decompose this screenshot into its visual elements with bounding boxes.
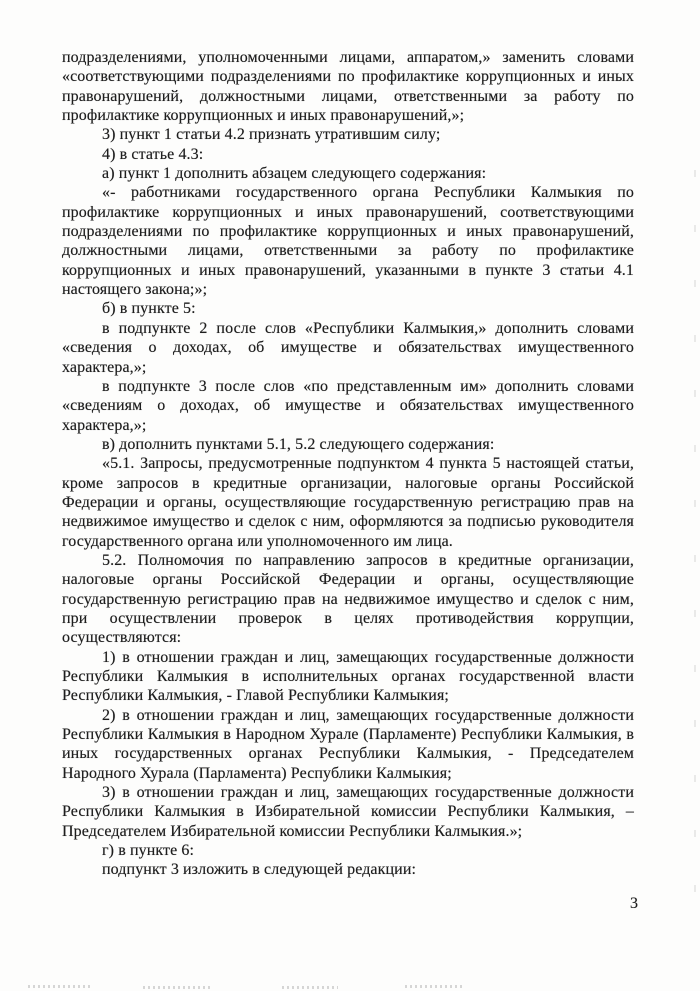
paragraph: подпункт 3 изложить в следующей редакции…	[62, 860, 634, 879]
scan-edge-artifact	[694, 170, 696, 901]
paragraph: в подпункте 3 после слов «по представлен…	[62, 377, 634, 435]
paragraph: б) в пункте 5:	[62, 299, 634, 318]
paragraph: г) в пункте 6:	[62, 841, 634, 860]
paragraph: подразделениями, уполномоченными лицами,…	[62, 48, 634, 125]
paragraph: а) пункт 1 дополнить абзацем следующего …	[62, 164, 634, 183]
page-number: 3	[630, 895, 638, 913]
paragraph: 1) в отношении граждан и лиц, замещающих…	[62, 648, 634, 706]
paragraph: 4) в статье 4.3:	[62, 145, 634, 164]
scan-artifact	[143, 986, 213, 989]
scan-artifact	[405, 985, 465, 988]
paragraph: 2) в отношении граждан и лиц, замещающих…	[62, 706, 634, 783]
paragraph: «5.1. Запросы, предусмотренные подпункто…	[62, 454, 634, 551]
scan-artifact	[282, 986, 338, 989]
document-body: подразделениями, уполномоченными лицами,…	[62, 48, 634, 880]
paragraph: 3) в отношении граждан и лиц, замещающих…	[62, 783, 634, 841]
scanned-document-page: подразделениями, уполномоченными лицами,…	[0, 0, 700, 991]
paragraph: 3) пункт 1 статьи 4.2 признать утративши…	[62, 125, 634, 144]
paragraph: в подпункте 2 после слов «Республики Кал…	[62, 319, 634, 377]
paragraph: в) дополнить пунктами 5.1, 5.2 следующег…	[62, 435, 634, 454]
paragraph: «- работниками государственного органа Р…	[62, 183, 634, 299]
scan-artifact	[28, 985, 90, 988]
paragraph: 5.2. Полномочия по направлению запросов …	[62, 551, 634, 648]
